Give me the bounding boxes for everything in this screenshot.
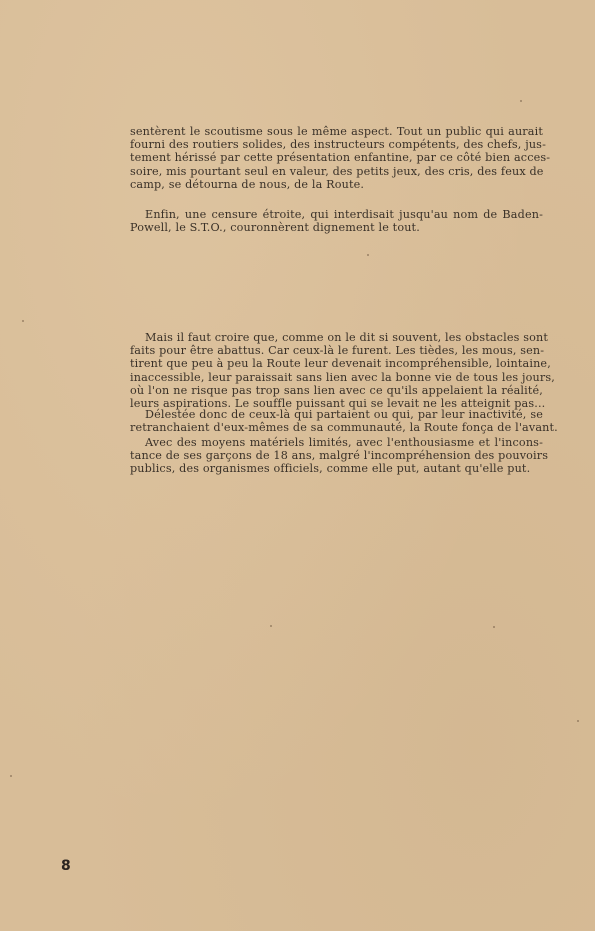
paper-speck — [270, 625, 272, 627]
text-line: Mais il faut croire que, comme on le dit… — [130, 331, 543, 344]
paper-speck — [367, 254, 369, 256]
text-line: faits pour être abattus. Car ceux-là le … — [130, 344, 543, 357]
paper-speck — [520, 100, 522, 102]
text-line: Enfin, une censure étroite, qui interdis… — [130, 208, 543, 221]
paper-speck — [493, 626, 495, 628]
page-number: 8 — [61, 858, 71, 874]
paragraph-4: Délestée donc de ceux-là qui partaient o… — [130, 408, 543, 434]
text-line: sentèrent le scoutisme sous le même aspe… — [130, 125, 543, 138]
text-line: Avec des moyens matériels limités, avec … — [130, 436, 543, 449]
paragraph-5: Avec des moyens matériels limités, avec … — [130, 436, 543, 476]
paper-speck — [577, 720, 579, 722]
paper-speck — [22, 320, 24, 322]
text-line: tirent que peu à peu la Route leur deven… — [130, 357, 543, 370]
paragraph-1: sentèrent le scoutisme sous le même aspe… — [130, 125, 543, 191]
text-line: tement hérissé par cette présentation en… — [130, 151, 543, 164]
text-line: publics, des organismes officiels, comme… — [130, 462, 543, 475]
document-page: sentèrent le scoutisme sous le même aspe… — [0, 0, 595, 931]
text-line: soire, mis pourtant seul en valeur, des … — [130, 165, 543, 178]
text-line: où l'on ne risque pas trop sans lien ave… — [130, 384, 543, 397]
text-line: Powell, le S.T.O., couronnèrent dignemen… — [130, 221, 543, 234]
paper-speck — [10, 775, 12, 777]
paragraph-3: Mais il faut croire que, comme on le dit… — [130, 331, 543, 410]
text-line: camp, se détourna de nous, de la Route. — [130, 178, 543, 191]
text-line: Délestée donc de ceux-là qui partaient o… — [130, 408, 543, 421]
text-line: retranchaient d'eux-mêmes de sa communau… — [130, 421, 543, 434]
paragraph-2: Enfin, une censure étroite, qui interdis… — [130, 208, 543, 234]
text-line: fourni des routiers solides, des instruc… — [130, 138, 543, 151]
text-line: inaccessible, leur paraissait sans lien … — [130, 371, 543, 384]
text-line: tance de ses garçons de 18 ans, malgré l… — [130, 449, 543, 462]
